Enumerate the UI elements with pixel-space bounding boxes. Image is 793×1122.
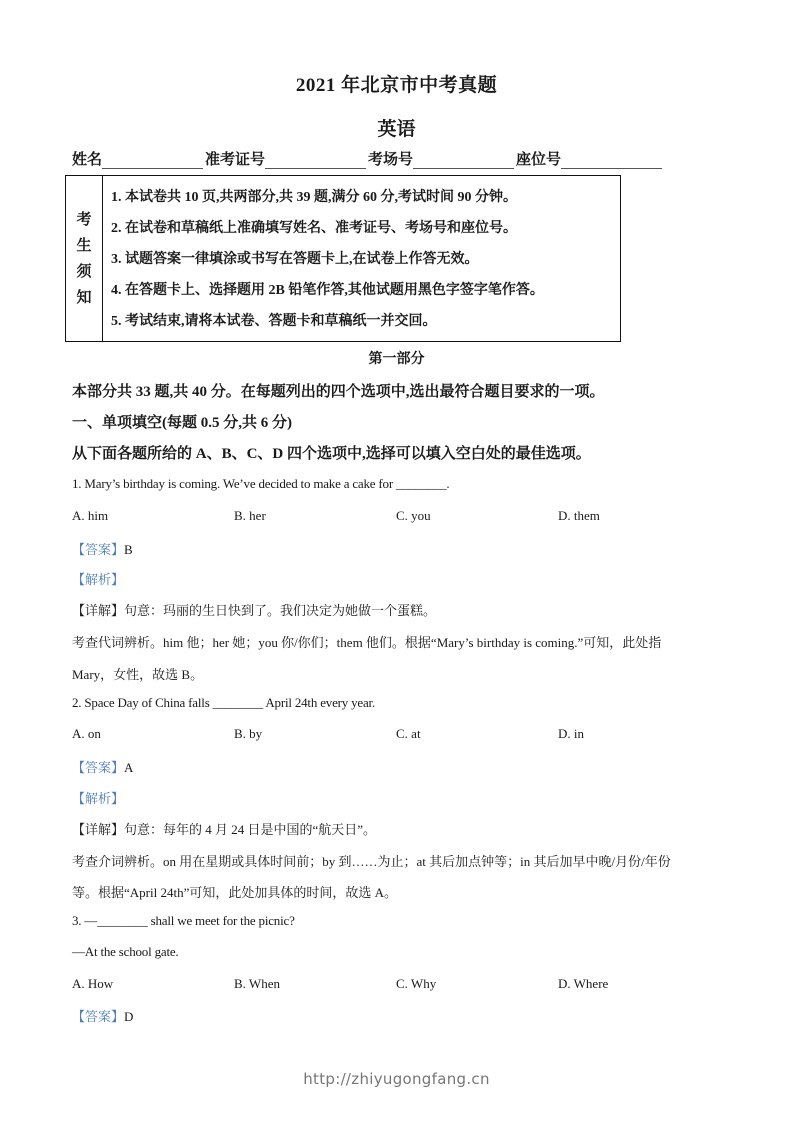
detail-text: 句意：每年的 4 月 24 日是中国的“航天日”。 [124,822,376,837]
name-blank[interactable] [102,152,203,169]
room-label: 考场号 [368,148,413,169]
detail-line: 【详解】句意：每年的 4 月 24 日是中国的“航天日”。 [72,819,376,838]
exam-title: 2021 年北京市中考真题 [0,70,793,97]
analysis-line: 【解析】 [72,788,124,807]
notice-item: 1. 本试卷共 10 页,共两部分,共 39 题,满分 60 分,考试时间 90… [111,182,620,213]
notice-item: 3. 试题答案一律填涂或书写在答题卡上,在试卷上作答无效。 [111,244,620,275]
option-b: B. by [234,726,396,742]
notice-side-char: 考 [76,207,91,233]
candidate-info-line: 姓名 准考证号 考场号 座位号 [72,148,664,169]
detail-line: 【详解】句意：玛丽的生日快到了。我们决定为她做一个蛋糕。 [72,600,436,619]
question-stem: 1. Mary’s birthday is coming. We’ve deci… [72,476,449,492]
detail-tag: 【详解】 [72,603,124,618]
answer-line: 【答案】A [72,757,133,776]
analysis-line: 【解析】 [72,569,124,588]
seat-blank[interactable] [561,152,662,169]
seat-label: 座位号 [516,148,561,169]
exam-id-label: 准考证号 [205,148,265,169]
option-d: D. Where [558,976,720,992]
question-options: A. on B. by C. at D. in [72,726,720,742]
notice-side-label: 考 生 须 知 [66,176,103,341]
part-title: 第一部分 [0,348,793,368]
question-stem: 3. —________ shall we meet for the picni… [72,913,295,929]
answer-tag: 【答案】 [72,1009,124,1024]
option-a: A. him [72,508,234,524]
exam-subject: 英语 [0,114,793,141]
answer-value: D [124,1009,133,1024]
option-d: D. in [558,726,720,742]
detail-text: Mary，女性，故选 B。 [72,664,203,683]
notice-item: 2. 在试卷和草稿纸上准确填写姓名、准考证号、考场号和座位号。 [111,213,620,244]
option-a: A. on [72,726,234,742]
candidate-notice-table: 考 生 须 知 1. 本试卷共 10 页,共两部分,共 39 题,满分 60 分… [65,175,621,342]
room-blank[interactable] [413,152,514,169]
detail-text: 句意：玛丽的生日快到了。我们决定为她做一个蛋糕。 [124,603,436,618]
option-c: C. Why [396,976,558,992]
section-instruction: 从下面各题所给的 A、B、C、D 四个选项中,选择可以填入空白处的最佳选项。 [72,442,591,463]
name-label: 姓名 [72,148,102,169]
question-response: —At the school gate. [72,944,178,960]
notice-side-char: 知 [76,285,91,311]
answer-tag: 【答案】 [72,542,124,557]
answer-value: A [124,760,133,775]
answer-line: 【答案】D [72,1006,133,1025]
notice-side-char: 须 [76,259,91,285]
detail-text: 考查介词辨析。on 用在星期或具体时间前；by 到……为止；at 其后加点钟等；… [72,851,671,870]
question-options: A. him B. her C. you D. them [72,508,720,524]
option-b: B. her [234,508,396,524]
answer-tag: 【答案】 [72,760,124,775]
detail-text: 等。根据“April 24th”可知，此处加具体的时间，故选 A。 [72,882,397,901]
question-options: A. How B. When C. Why D. Where [72,976,720,992]
detail-tag: 【详解】 [72,822,124,837]
analysis-tag: 【解析】 [72,791,124,806]
option-c: C. you [396,508,558,524]
option-a: A. How [72,976,234,992]
watermark-url: http://zhiyugongfang.cn [0,1070,793,1088]
notice-items: 1. 本试卷共 10 页,共两部分,共 39 题,满分 60 分,考试时间 90… [103,176,620,341]
notice-item: 5. 考试结束,请将本试卷、答题卡和草稿纸一并交回。 [111,306,620,337]
option-b: B. When [234,976,396,992]
section-heading: 一、单项填空(每题 0.5 分,共 6 分) [72,411,292,432]
option-d: D. them [558,508,720,524]
exam-page: 2021 年北京市中考真题 英语 姓名 准考证号 考场号 座位号 考 生 须 知… [0,0,793,1122]
answer-value: B [124,542,133,557]
answer-line: 【答案】B [72,539,133,558]
notice-side-char: 生 [76,233,91,259]
option-c: C. at [396,726,558,742]
question-stem: 2. Space Day of China falls ________ Apr… [72,695,375,711]
detail-text: 考查代词辨析。him 他；her 她；you 你/你们；them 他们。根据“M… [72,632,661,651]
notice-item: 4. 在答题卡上、选择题用 2B 铅笔作答,其他试题用黑色字签字笔作答。 [111,275,620,306]
part-intro: 本部分共 33 题,共 40 分。在每题列出的四个选项中,选出最符合题目要求的一… [72,380,605,401]
analysis-tag: 【解析】 [72,572,124,587]
exam-id-blank[interactable] [265,152,366,169]
